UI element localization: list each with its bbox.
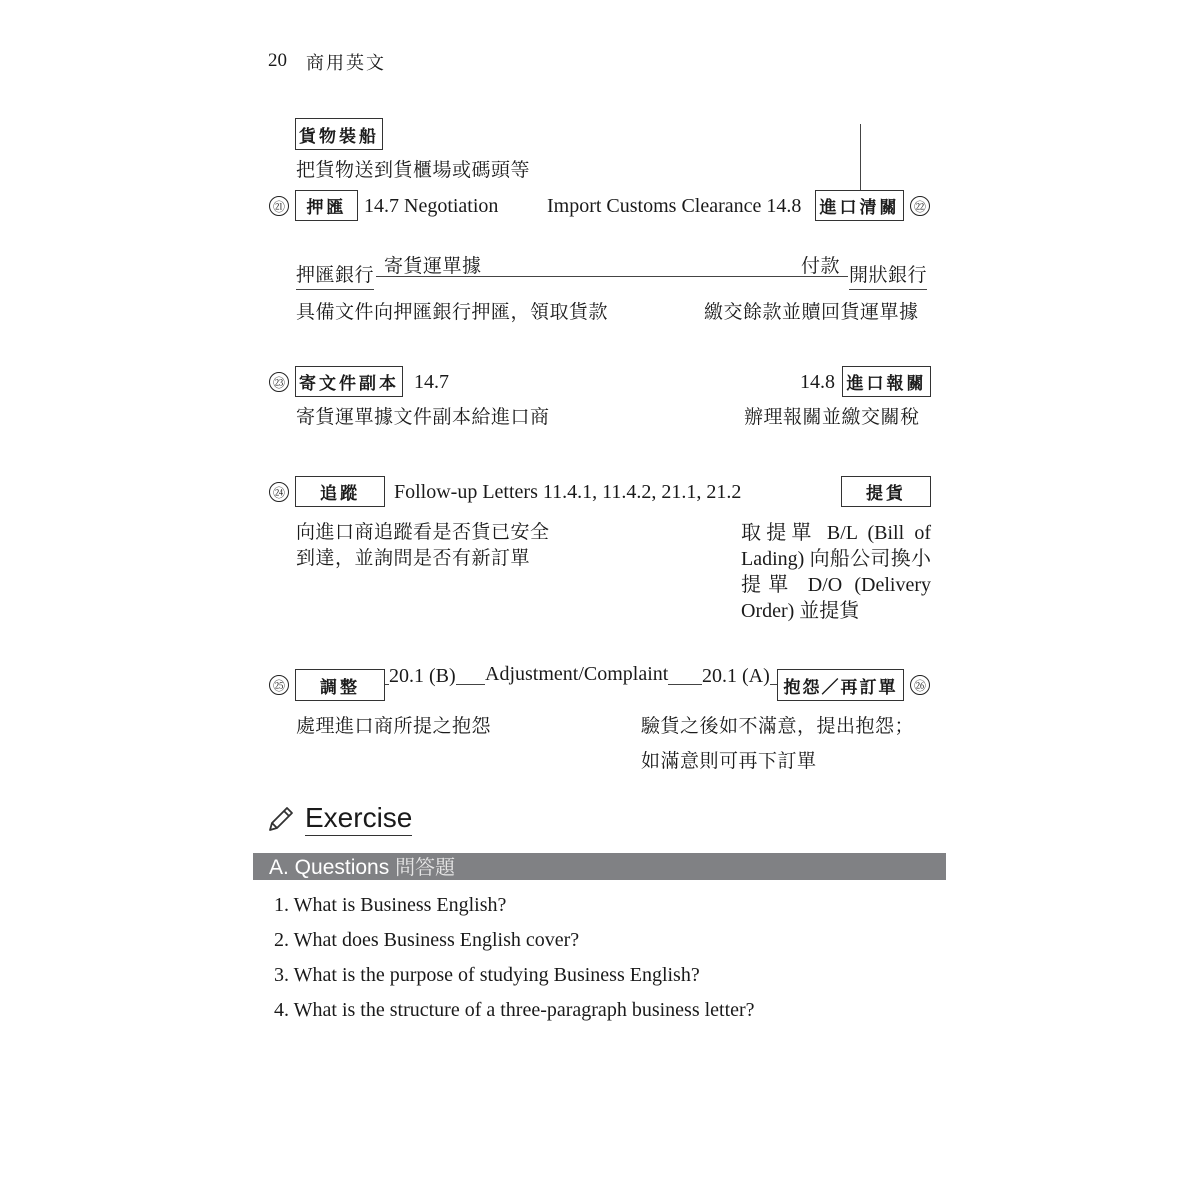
customs-clearance-box: 進口清關 xyxy=(815,190,904,221)
customs-clearance-ref: Import Customs Clearance 14.8 xyxy=(547,194,801,218)
complaint-ref: 20.1 (A) xyxy=(702,664,770,688)
issuing-bank: 開狀銀行 xyxy=(849,263,927,290)
adjustment-ref: 20.1 (B) xyxy=(389,664,456,688)
negotiating-bank: 押匯銀行 xyxy=(296,263,374,290)
step-number-26: ㉖ xyxy=(910,675,930,695)
copy-documents-desc: 寄貨運單據文件副本給進口商 xyxy=(296,405,550,429)
pencil-icon xyxy=(266,804,296,834)
copy-documents-box: 寄文件副本 xyxy=(295,366,403,397)
pickup-box: 提貨 xyxy=(841,476,931,507)
negotiation-box: 押匯 xyxy=(295,190,358,221)
negotiation-ref: 14.7 Negotiation xyxy=(364,194,498,218)
import-declaration-desc: 辦理報關並繳交關稅 xyxy=(744,405,920,429)
section-a-header: A. Questions 問答題 xyxy=(253,853,946,880)
follow-up-desc-line1: 向進口商追蹤看是否貨已安全 xyxy=(296,520,550,544)
complaint-reorder-box: 抱怨／再訂單 xyxy=(777,669,904,701)
adjustment-desc: 處理進口商所提之抱怨 xyxy=(296,714,491,738)
page-number: 20 xyxy=(268,50,287,72)
follow-up-ref: Follow-up Letters 11.4.1, 11.4.2, 21.1, … xyxy=(394,480,741,504)
exercise-title: Exercise xyxy=(305,801,412,836)
question-item: 3. What is the purpose of studying Busin… xyxy=(274,963,700,987)
follow-up-desc-line2: 到達，並詢問是否有新訂單 xyxy=(296,546,530,570)
complaint-desc-line1: 驗貨之後如不滿意，提出抱怨； xyxy=(641,714,914,738)
adjustment-box: 調整 xyxy=(295,669,385,701)
question-item: 2. What does Business English cover? xyxy=(274,928,579,952)
section-a-title-zh: 問答題 xyxy=(395,855,455,879)
question-item: 1. What is Business English? xyxy=(274,893,506,917)
step-number-23: ㉓ xyxy=(269,372,289,392)
issuing-bank-desc: 繳交餘款並贖回貨運單據 xyxy=(704,300,919,324)
step-number-21: ㉑ xyxy=(269,196,289,216)
connector-line-vertical xyxy=(860,124,861,192)
negotiating-bank-desc: 具備文件向押匯銀行押匯，領取貨款 xyxy=(296,300,608,324)
send-documents-label: 寄貨運單據 xyxy=(384,254,482,278)
import-declaration-ref: 14.8 xyxy=(800,370,835,394)
question-item: 4. What is the structure of a three-para… xyxy=(274,998,755,1022)
copy-documents-ref: 14.7 xyxy=(414,370,449,394)
complaint-desc-line2: 如滿意則可再下訂單 xyxy=(641,749,817,773)
section-a-title: A. Questions xyxy=(269,856,389,879)
adjustment-complaint-label: Adjustment/Complaint xyxy=(485,662,668,686)
step-number-24: ㉔ xyxy=(269,482,289,502)
import-declaration-box: 進口報關 xyxy=(842,366,931,397)
step-number-25: ㉕ xyxy=(269,675,289,695)
follow-up-box: 追蹤 xyxy=(295,476,385,507)
step-number-22: ㉒ xyxy=(910,196,930,216)
section-a-title-wrap: A. Questions 問答題 xyxy=(269,854,455,881)
bank-connector-line xyxy=(376,276,848,277)
cargo-loading-box: 貨物裝船 xyxy=(295,118,383,150)
pickup-desc: 取提單 B/L (Bill of Lading) 向船公司換小提單 D/O (D… xyxy=(741,520,931,624)
payment-label: 付款 xyxy=(801,254,840,278)
cargo-loading-desc: 把貨物送到貨櫃場或碼頭等 xyxy=(296,158,530,182)
running-title: 商用英文 xyxy=(306,49,386,75)
